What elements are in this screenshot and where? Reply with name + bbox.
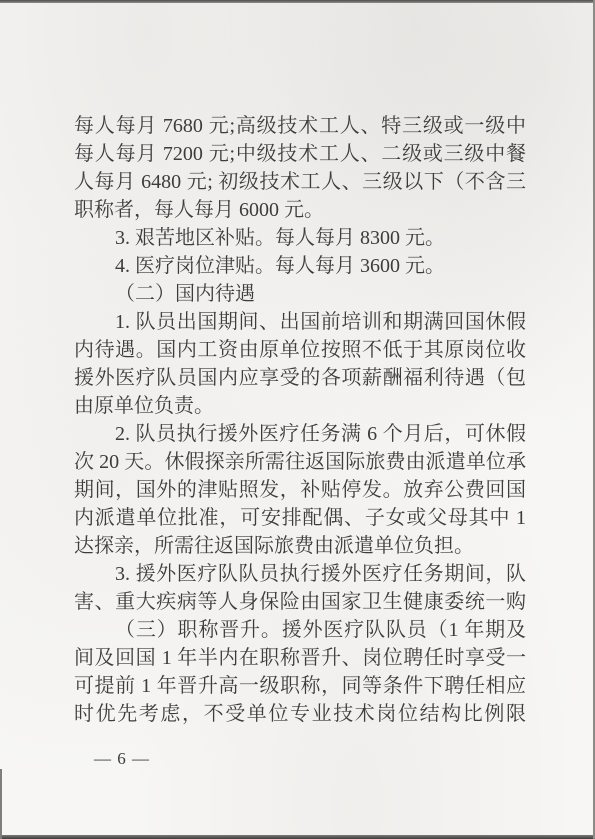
text-line: 害、重大疾病等人身保险由国家卫生健康委统一购买。 xyxy=(74,588,526,616)
scan-edge-left xyxy=(0,769,2,839)
text-line: （三）职称晋升。援外医疗队队员（1 年期及以上）在援外期 xyxy=(74,616,526,644)
scan-edge-top xyxy=(0,0,595,3)
text-line: 可提前 1 年晋升高一级职称，同等条件下聘任相应专业技术职务 xyxy=(74,672,526,700)
text-line: 1. 队员出国期间、出国前培训和期满回国休假期间，保留国 xyxy=(74,308,526,336)
text-line: 2. 队员执行援外医疗任务满 6 个月后，可休假探亲 1 次，每 xyxy=(74,420,526,448)
text-line: 内待遇。国内工资由原单位按照不低于其原岗位收入水平发放。 xyxy=(74,336,526,364)
text-line: 时优先考虑，不受单位专业技术岗位结构比例限制，对外语、计 xyxy=(74,700,526,728)
page-number: — 6 — xyxy=(86,749,158,769)
text-line: 期间，国外的津贴照发，补贴停发。放弃公费回国休假的，经国 xyxy=(74,476,526,504)
text-line: （二）国内待遇 xyxy=(74,280,526,308)
text-line: 每人每月 7680 元;高级技术工人、特三级或一级中餐厨师职称者， xyxy=(74,112,526,140)
text-line: 内派遣单位批准，可安排配偶、子女或父母其中 1 人公费到卢旺 xyxy=(74,504,526,532)
text-line: 由原单位负责。 xyxy=(74,392,526,420)
text-line: 每人每月 7200 元;中级技术工人、二级或三级中餐厨师职称者,每 xyxy=(74,140,526,168)
text-line: 人每月 6480 元; 初级技术工人、三级以下（不含三级）中餐厨师 xyxy=(74,168,526,196)
text-line: 次 20 天。休假探亲所需往返国际旅费由派遣单位承担，休假探亲 xyxy=(74,448,526,476)
scan-edge-bottom xyxy=(0,835,595,839)
text-line: 3. 艰苦地区补贴。每人每月 8300 元。 xyxy=(74,224,526,252)
text-line: 职称者，每人每月 6000 元。 xyxy=(74,196,526,224)
scanned-document-page: 每人每月 7680 元;高级技术工人、特三级或一级中餐厨师职称者，每人每月 72… xyxy=(0,0,595,839)
text-line: 间及回国 1 年半内在职称晋升、岗位聘任时享受一次优惠政策， xyxy=(74,644,526,672)
text-line: 达探亲，所需往返国际旅费由派遣单位负担。 xyxy=(74,532,526,560)
body-text-block: 每人每月 7680 元;高级技术工人、特三级或一级中餐厨师职称者，每人每月 72… xyxy=(74,112,526,728)
text-line: 4. 医疗岗位津贴。每人每月 3600 元。 xyxy=(74,252,526,280)
text-line: 援外医疗队员国内应享受的各项薪酬福利待遇（包括社会保障等） xyxy=(74,364,526,392)
text-line: 3. 援外医疗队队员执行援外医疗任务期间，队员人身意外伤 xyxy=(74,560,526,588)
